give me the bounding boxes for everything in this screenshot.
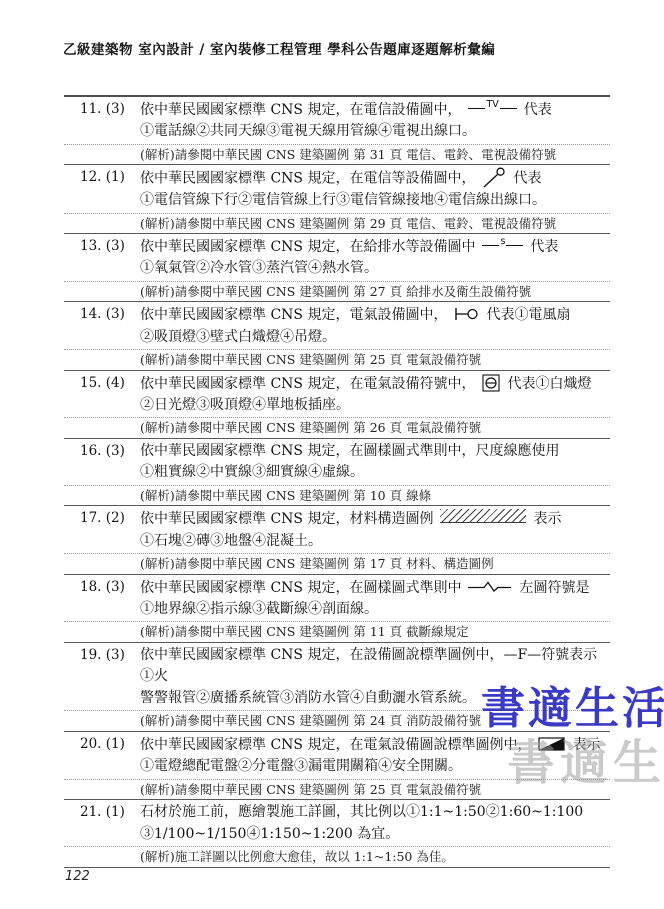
question-text: 依中華民國國家標準 CNS 規定，材料構造圖例 表示 ①石塊②磚③地盤④混凝土。 — [140, 508, 610, 552]
question-number: 16. (3) — [64, 441, 140, 484]
analysis-text: (解析)請參閱中華民國 CNS 建築圖例 第 25 頁 電氣設備符號 — [64, 349, 610, 370]
question-block: 19. (3) 依中華民國國家標準 CNS 規定，在設備圖說標準圖例中，—F—符… — [64, 643, 610, 732]
question-number: 19. (3) — [64, 645, 140, 710]
question-number: 12. (1) — [64, 167, 140, 211]
question-number: 20. (1) — [64, 734, 140, 778]
question-text-part1: 依中華民國國家標準 CNS 規定，在電氣設備圖說標準圖例中， — [140, 737, 531, 753]
question-options: 警警報管②廣播系統管③消防水管④自動灑水管系統。 — [140, 688, 610, 710]
question-number: 15. (4) — [64, 373, 140, 417]
question-options: ①電燈總配電盤②分電盤③漏電開關箱④安全開關。 — [140, 756, 610, 778]
symbol-slot: TV — [468, 99, 516, 121]
distribution-panel-symbol — [538, 736, 565, 752]
question-block: 16. (3) 依中華民國國家標準 CNS 規定，在圖樣圖式準則中，尺度線應使用… — [64, 439, 610, 507]
question-number: 21. (1) — [64, 802, 140, 845]
hatch-pattern-symbol — [440, 509, 526, 523]
boxed-lamp-symbol — [482, 375, 500, 391]
question-text: 依中華民國國家標準 CNS 規定，在電信設備圖中， TV 代表 ①電話線②共同天… — [140, 99, 610, 143]
question-number: 18. (3) — [64, 577, 140, 621]
question-text-part2: 代表①電風扇 — [486, 307, 570, 323]
analysis-text: (解析)請參閱中華民國 CNS 建築圖例 第 25 頁 電氣設備符號 — [64, 779, 610, 800]
page-title: 乙級建築物 室內設計 / 室內裝修工程管理 學科公告題庫逐題解析彙編 — [63, 38, 495, 58]
question-text-part1: 依中華民國國家標準 CNS 規定，在圖樣圖式準則中 — [140, 579, 461, 595]
symbol-slot — [538, 734, 565, 756]
question-text: 依中華民國國家標準 CNS 規定，在電信等設備圖中， 代表 ①電信管線下行②電信… — [140, 167, 610, 211]
analysis-text: (解析)請參閱中華民國 CNS 建築圖例 第 10 頁 線條 — [64, 485, 610, 506]
question-text: 依中華民國國家標準 CNS 規定，在圖樣圖式準則中 左圖符號是 ①地界線②指示線… — [140, 577, 610, 621]
question-text: 依中華民國國家標準 CNS 規定，在給排水等設備圖中 s 代表 ①氧氣管②冷水管… — [140, 236, 610, 280]
question-table: 11. (3) 依中華民國國家標準 CNS 規定，在電信設備圖中， TV 代表 … — [64, 95, 610, 868]
question-text-part2: 代表 — [524, 102, 552, 118]
question-text: 依中華民國國家標準 CNS 規定，在設備圖說標準圖例中，—F—符號表示①火 警警… — [140, 645, 610, 710]
question-text: 依中華民國國家標準 CNS 規定，在電氣設備符號中， 代表①白熾燈 ②日光燈③吸… — [140, 373, 610, 417]
analysis-text: (解析)請參閱中華民國 CNS 建築圖例 第 11 頁 截斷線規定 — [64, 621, 610, 642]
symbol-slot — [482, 167, 506, 190]
question-text-part1: 依中華民國國家標準 CNS 規定，材料構造圖例 — [140, 511, 433, 527]
question-block: 20. (1) 依中華民國國家標準 CNS 規定，在電氣設備圖說標準圖例中， 表… — [64, 732, 610, 800]
break-line-symbol — [468, 579, 512, 595]
symbol-slot — [454, 304, 479, 326]
question-text: 依中華民國國家標準 CNS 規定，電氣設備圖中， 代表①電風扇 ②吸頂燈③壁式白… — [140, 304, 610, 348]
question-text-part1: 依中華民國國家標準 CNS 規定，在電氣設備符號中， — [140, 375, 475, 391]
question-text-part1: 依中華民國國家標準 CNS 規定，電氣設備圖中， — [140, 307, 447, 323]
question-text: 石材於施工前，應繪製施工詳圖，其比例以①1:1~1:50②1:60~1:100 … — [140, 802, 610, 845]
question-text-part2: 左圖符號是 — [519, 579, 589, 595]
question-text-part1: 依中華民國國家標準 CNS 規定，在給排水等設備圖中 — [140, 239, 475, 255]
symbol-slot — [468, 577, 512, 599]
question-options: ①粗實線②中實線③細實線④虛線。 — [140, 462, 610, 484]
question-text-part1: 石材於施工前，應繪製施工詳圖，其比例以①1:1~1:50②1:60~1:100 — [140, 804, 583, 820]
analysis-text: (解析)請參閱中華民國 CNS 建築圖例 第 26 頁 電氣設備符號 — [64, 417, 610, 438]
analysis-text: (解析)請參閱中華民國 CNS 建築圖例 第 17 頁 材料、構造圖例 — [64, 553, 610, 574]
question-number: 17. (2) — [64, 508, 140, 552]
symbol-slot — [482, 373, 500, 395]
question-text-part1: 依中華民國國家標準 CNS 規定，在圖樣圖式準則中，尺度線應使用 — [140, 443, 559, 459]
analysis-text: (解析)請參閱中華民國 CNS 建築圖例 第 27 頁 給排水及衛生設備符號 — [64, 281, 610, 302]
s-pipe-line-symbol: s — [482, 236, 523, 258]
question-options: ①地界線②指示線③截斷線④剖面線。 — [140, 599, 610, 621]
question-number: 13. (3) — [64, 236, 140, 280]
question-text-part1: 依中華民國國家標準 CNS 規定，在電信等設備圖中， — [140, 171, 475, 187]
symbol-slot: s — [482, 236, 523, 258]
question-text: 依中華民國國家標準 CNS 規定，在電氣設備圖說標準圖例中， 表示 ①電燈總配電… — [140, 734, 610, 778]
question-options: ②吸頂燈③壁式白熾燈④吊燈。 — [140, 327, 610, 349]
question-list: 11. (3) 依中華民國國家標準 CNS 規定，在電信設備圖中， TV 代表 … — [64, 97, 610, 868]
book-page: 乙級建築物 室內設計 / 室內裝修工程管理 學科公告題庫逐題解析彙編 11. (… — [0, 0, 664, 909]
question-options: ①氧氣管②冷水管③蒸汽管④熱水管。 — [140, 258, 610, 280]
question-number: 11. (3) — [64, 99, 140, 143]
question-text-part1: 依中華民國國家標準 CNS 規定，在設備圖說標準圖例中，—F—符號表示①火 — [140, 647, 597, 685]
question-block: 17. (2) 依中華民國國家標準 CNS 規定，材料構造圖例 表示 ①石塊②磚… — [64, 506, 610, 574]
analysis-text: (解析)請參閱中華民國 CNS 建築圖例 第 24 頁 消防設備符號 — [64, 710, 610, 731]
question-text-part2: 代表①白熾燈 — [507, 375, 591, 391]
analysis-text: (解析)請參閱中華民國 CNS 建築圖例 第 31 頁 電信、電鈴、電視設備符號 — [64, 144, 610, 165]
question-text: 依中華民國國家標準 CNS 規定，在圖樣圖式準則中，尺度線應使用 ①粗實線②中實… — [140, 441, 610, 484]
analysis-text: (解析)施工詳圖以比例愈大愈佳，故以 1:1~1:50 為佳。 — [64, 846, 610, 867]
question-text-part2: 代表 — [513, 171, 541, 187]
wall-lamp-symbol — [454, 306, 479, 322]
question-block: 21. (1) 石材於施工前，應繪製施工詳圖，其比例以①1:1~1:50②1:6… — [64, 800, 610, 868]
question-block: 12. (1) 依中華民國國家標準 CNS 規定，在電信等設備圖中， 代表 ①電… — [64, 165, 610, 234]
question-options: ①石塊②磚③地盤④混凝土。 — [140, 531, 610, 553]
question-block: 14. (3) 依中華民國國家標準 CNS 規定，電氣設備圖中， 代表①電風扇 … — [64, 302, 610, 370]
telecom-conduit-down-symbol — [482, 170, 506, 186]
question-number: 14. (3) — [64, 304, 140, 348]
question-block: 18. (3) 依中華民國國家標準 CNS 規定，在圖樣圖式準則中 左圖符號是 … — [64, 575, 610, 643]
question-block: 15. (4) 依中華民國國家標準 CNS 規定，在電氣設備符號中， 代表①白熾… — [64, 371, 610, 439]
question-options: ①電話線②共同天線③電視天線用管線④電視出線口。 — [140, 121, 610, 143]
question-text-part2: 表示 — [572, 737, 600, 753]
question-options: ②日光燈③吸頂燈④單地板插座。 — [140, 395, 610, 417]
question-text-part2: 表示 — [533, 511, 561, 527]
analysis-text: (解析)請參閱中華民國 CNS 建築圖例 第 29 頁 電信、電鈴、電視設備符號 — [64, 213, 610, 234]
question-text-part1: 依中華民國國家標準 CNS 規定，在電信設備圖中， — [140, 102, 461, 118]
question-options: ③1/100~1/150④1:150~1:200 為宜。 — [140, 824, 610, 846]
question-options: ①電信管線下行②電信管線上行③電信管線接地④電信線出線口。 — [140, 190, 610, 212]
question-block: 11. (3) 依中華民國國家標準 CNS 規定，在電信設備圖中， TV 代表 … — [64, 97, 610, 165]
page-number: 122 — [65, 869, 90, 884]
question-text-part2: 代表 — [530, 239, 558, 255]
question-block: 13. (3) 依中華民國國家標準 CNS 規定，在給排水等設備圖中 s 代表 … — [64, 234, 610, 302]
tv-line-symbol: TV — [468, 99, 516, 121]
symbol-slot — [440, 508, 526, 530]
